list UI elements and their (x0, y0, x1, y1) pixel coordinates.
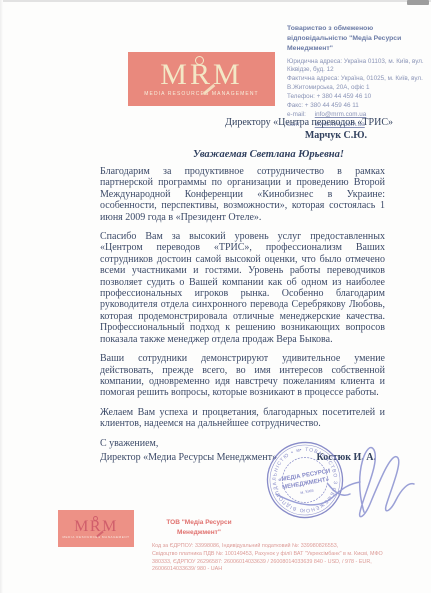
signature-row: Директор «Медиа Ресурсы Менеджмент» Кост… (100, 452, 388, 463)
company-name: Товариство з обмеженою відповідальністю … (287, 24, 427, 54)
recipient-title: Директору «Центра переводов «ТРИС» (225, 117, 393, 128)
actual-address: Фактична адреса: Україна, 01025, м. Київ… (287, 75, 427, 93)
mrm-logo-letters-small: MRM (74, 519, 118, 534)
recipient-name: Марчук С.Ю. (225, 130, 393, 141)
film-reel-icon (93, 516, 98, 521)
signer-title: Директор «Медиа Ресурсы Менеджмент» (100, 452, 277, 463)
mrm-logo-subtitle: MEDIA RESOURCES MANAGEMENT (144, 91, 258, 97)
footer-company-name: ТОВ "Медіа Ресурси Менеджмент" (158, 518, 240, 538)
recipient-block: Директору «Центра переводов «ТРИС» Марчу… (225, 117, 393, 141)
signer-name: Костюк И. А. (316, 452, 388, 463)
fax-line: Факс: + 380 44 459 46 11 (287, 102, 427, 111)
paragraph-3: Ваши сотрудники демонстрируют удивительн… (100, 353, 385, 399)
scanned-letter-page: MRM MEDIA RESOURCES MANAGEMENT Товариств… (0, 0, 431, 593)
letter-body: Благодарим за продуктивное сотрудничеств… (100, 166, 385, 438)
stamp-center-line2: МЕНЕДЖМЕНТ» (282, 477, 330, 491)
paragraph-1: Благодарим за продуктивное сотрудничеств… (100, 166, 385, 223)
phone-line: Телефон: + 380 44 459 46 10 (287, 93, 427, 102)
stamp-center-line1: «МЕДІА РЕСУРСИ (278, 469, 331, 484)
scan-corner-artifact (407, 0, 429, 5)
fine-print-line2: Свідоцтво платника ПДВ №: 100149453, Рах… (152, 551, 424, 559)
footer-fine-print: Код за ЄДРПОУ: 33998086, Індивідуальний … (152, 543, 424, 574)
paragraph-4: Желаем Вам успеха и процветания, благода… (100, 407, 385, 430)
mrm-logo-letters: MRM (160, 61, 242, 89)
handwritten-signature (268, 432, 428, 537)
mrm-logo-letter-r: R (190, 61, 213, 89)
footer-company-line2: Менеджмент" (158, 528, 240, 538)
mrm-logo-top: MRM MEDIA RESOURCES MANAGEMENT (128, 52, 275, 106)
footer-company-line1: ТОВ "Медіа Ресурси (158, 518, 240, 528)
paragraph-2: Спасибо Вам за высокий уровень услуг пре… (100, 231, 385, 345)
company-info-block: Товариство з обмеженою відповідальністю … (287, 24, 427, 129)
mrm-logo-bottom: MRM MEDIA RESOURCES MANAGEMENT (58, 510, 134, 547)
fine-print-line3: 380333, ЄДРПОУ 26296587: 26006014033639 … (152, 559, 424, 567)
fine-print-line4: 26006014033639/ 980 - UAH (152, 566, 424, 574)
legal-address: Юридична адреса: Україна 01103, м. Київ,… (287, 58, 427, 76)
scan-shadow-artifact (0, 0, 3, 593)
mrm-logo-letter-r-small: R (90, 519, 102, 534)
stamp-center-line3: м. Київ (300, 488, 315, 495)
fine-print-line1: Код за ЄДРПОУ: 33998086, Індивідуальний … (152, 543, 424, 551)
closing-regards: С уважением, (100, 438, 158, 449)
greeting-line: Уважаемая Светлана Юрьевна! (193, 149, 344, 160)
film-reel-icon (195, 56, 204, 65)
scan-edge-artifact (0, 0, 431, 2)
